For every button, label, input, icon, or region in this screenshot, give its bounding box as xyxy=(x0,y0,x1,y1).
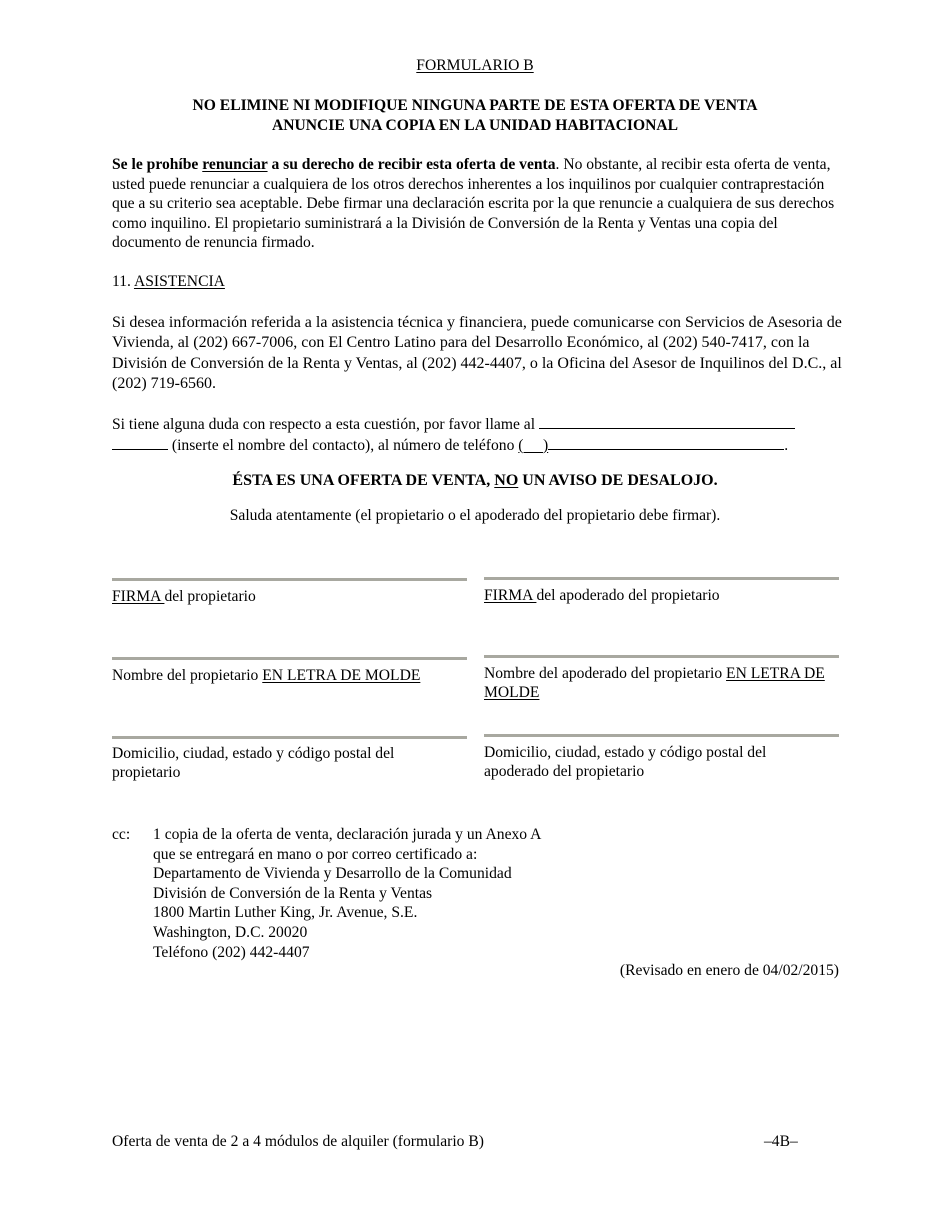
phone-number-field[interactable] xyxy=(548,435,784,450)
assistance-paragraph: Si desea información referida a la asist… xyxy=(112,313,842,395)
page-number: –4B– xyxy=(764,1133,798,1151)
contact-name-field[interactable] xyxy=(539,414,795,429)
owner-address-label: Domicilio, ciudad, estado y código posta… xyxy=(112,744,442,782)
owner-name-label: Nombre del propietario EN LETRA DE MOLDE xyxy=(112,666,467,685)
waiver-paragraph: Se le prohíbe renunciar a su derecho de … xyxy=(112,155,842,253)
owner-name-line[interactable] xyxy=(112,657,467,660)
cc-label: cc: xyxy=(112,825,130,845)
agent-address-line[interactable] xyxy=(484,734,839,737)
agent-signature-line[interactable] xyxy=(484,577,839,580)
agent-name-line[interactable] xyxy=(484,655,839,658)
agent-address-label: Domicilio, ciudad, estado y código posta… xyxy=(484,743,814,781)
revision-note: (Revisado en enero de 04/02/2015) xyxy=(620,962,839,980)
closing-line: Saluda atentamente (el propietario o el … xyxy=(0,507,950,525)
contact-name-field-continued[interactable] xyxy=(112,435,168,450)
not-eviction-notice: ÉSTA ES UNA OFERTA DE VENTA, NO UN AVISO… xyxy=(0,472,950,490)
owner-signature-label: FIRMA del propietario xyxy=(112,587,467,606)
contact-paragraph: Si tiene alguna duda con respecto a esta… xyxy=(112,414,842,455)
section-11-heading: 11. ASISTENCIA xyxy=(112,273,225,291)
form-title: FORMULARIO B xyxy=(0,57,950,75)
area-code-field[interactable]: ( ) xyxy=(518,437,548,454)
agent-name-label: Nombre del apoderado del propietario EN … xyxy=(484,664,839,702)
owner-address-line[interactable] xyxy=(112,736,467,739)
agent-signature-label: FIRMA del apoderado del propietario xyxy=(484,586,839,605)
warning-heading: NO ELIMINE NI MODIFIQUE NINGUNA PARTE DE… xyxy=(0,96,950,136)
cc-recipient-block: 1 copia de la oferta de venta, declaraci… xyxy=(153,825,541,962)
footer-title: Oferta de venta de 2 a 4 módulos de alqu… xyxy=(112,1133,484,1151)
owner-signature-line[interactable] xyxy=(112,578,467,581)
